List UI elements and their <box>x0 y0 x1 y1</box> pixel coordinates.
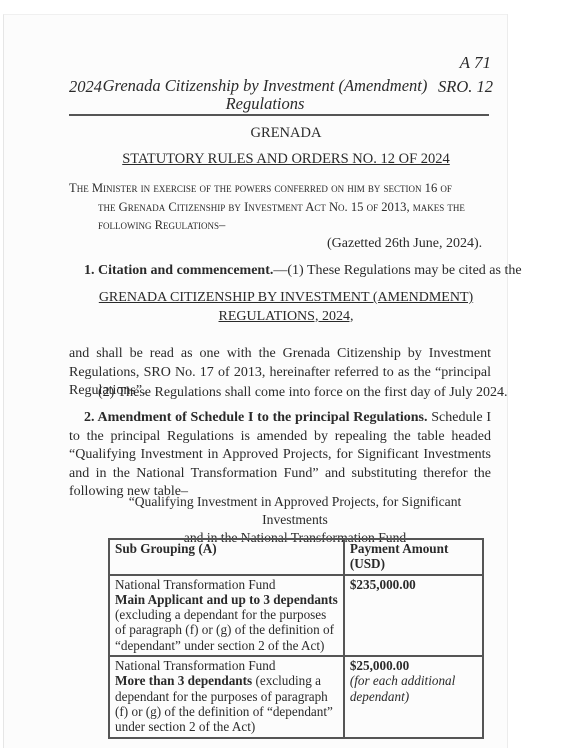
payment-amount-cell: $25,000.00 (for each additional dependan… <box>344 656 483 737</box>
instrument-title: STATUTORY RULES AND ORDERS NO. 12 OF 202… <box>0 151 572 168</box>
payment-amount-note: (for each additional dependant) <box>350 673 478 704</box>
schedule-table: Sub Grouping (A) Payment Amount (USD) Na… <box>108 538 484 739</box>
gazetted-date: (Gazetted 26th June, 2024). <box>327 236 482 252</box>
citation-line: REGULATIONS, 2024, <box>0 308 572 327</box>
header-year: 2024 <box>69 77 102 97</box>
category-detail: (excluding a dependant for the purposes … <box>115 607 334 653</box>
payment-amount: $235,000.00 <box>350 577 478 592</box>
payment-amount: $25,000.00 <box>350 658 478 673</box>
section-1-subsection-2: (2) These Regulations shall come into fo… <box>98 384 508 403</box>
category-label: Main Applicant and up to 3 dependants <box>115 592 338 607</box>
section-1-text: —(1) These Regulations may be cited as t… <box>273 263 521 278</box>
section-1-intro: 1. Citation and commencement.—(1) These … <box>84 262 522 281</box>
preamble-line: following Regulations– <box>69 216 491 235</box>
preamble-line: The Minister in exercise of the powers c… <box>69 179 491 198</box>
header-sro-number: SRO. 12 <box>438 77 493 97</box>
sub-grouping-cell: National Transformation Fund More than 3… <box>109 656 344 737</box>
section-1-heading: 1. Citation and commencement. <box>84 263 273 278</box>
header-title: Grenada Citizenship by Investment (Amend… <box>100 77 430 113</box>
fund-name: National Transformation Fund <box>115 577 339 592</box>
citation-title: GRENADA CITIZENSHIP BY INVESTMENT (AMEND… <box>0 289 572 326</box>
section-2-heading: 2. Amendment of Schedule I to the princi… <box>84 410 428 425</box>
caption-line: “Qualifying Investment in Approved Proje… <box>100 493 490 529</box>
table-row: National Transformation Fund More than 3… <box>109 656 483 737</box>
country-heading: GRENADA <box>0 125 572 142</box>
column-header-payment-amount: Payment Amount (USD) <box>344 539 483 575</box>
page-number: A 71 <box>460 53 491 73</box>
preamble: The Minister in exercise of the powers c… <box>69 179 491 235</box>
citation-line: GRENADA CITIZENSHIP BY INVESTMENT (AMEND… <box>0 289 572 308</box>
section-2: 2. Amendment of Schedule I to the princi… <box>69 409 491 502</box>
column-header-sub-grouping: Sub Grouping (A) <box>109 539 344 575</box>
table-row: National Transformation Fund Main Applic… <box>109 575 483 656</box>
category-label: More than 3 dependants <box>115 673 252 688</box>
header-rule <box>69 114 489 116</box>
sub-grouping-cell: National Transformation Fund Main Applic… <box>109 575 344 656</box>
preamble-line: the Grenada Citizenship by Investment Ac… <box>69 198 491 217</box>
fund-name: National Transformation Fund <box>115 658 339 673</box>
table-header-row: Sub Grouping (A) Payment Amount (USD) <box>109 539 483 575</box>
payment-amount-cell: $235,000.00 <box>344 575 483 656</box>
